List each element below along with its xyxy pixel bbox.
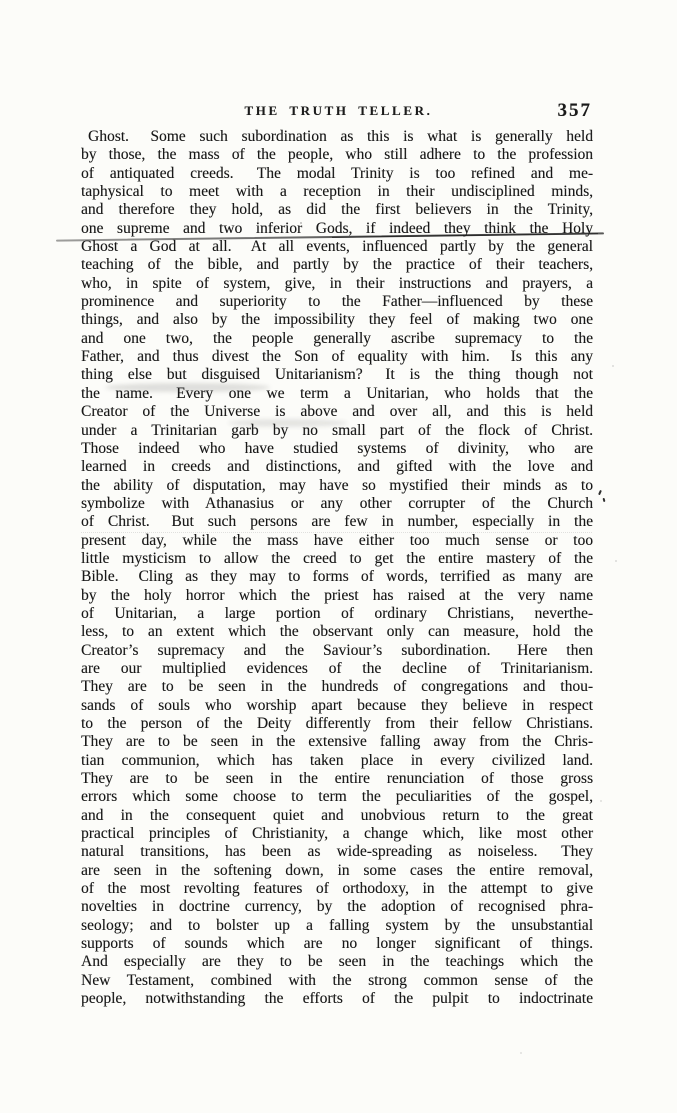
text-line: novelties in doctrine currency, by the a…: [81, 898, 593, 916]
text-line: prominence and superiority to the Father…: [81, 293, 593, 311]
text-line: Father, and thus divest the Son of equal…: [81, 348, 593, 366]
body-text: Ghost. Some such subordination as this i…: [81, 128, 593, 1009]
text-line: who, in spite of system, give, in their …: [81, 275, 593, 293]
text-line: by those, the mass of the people, who st…: [81, 146, 593, 164]
text-line: are seen in the softening down, in some …: [81, 862, 593, 880]
margin-ink-tick: [603, 498, 606, 502]
text-line: of the most revolting features of orthod…: [81, 880, 593, 898]
text-line: symbolize with Athanasius or any other c…: [81, 495, 593, 513]
text-line: Ghost a God at all. At all events, influ…: [81, 238, 593, 256]
page-number: 357: [558, 100, 593, 122]
text-line: Those indeed who have studied systems of…: [81, 440, 593, 458]
text-line: of Christ. But such persons are few in n…: [81, 513, 593, 531]
text-line: Creator’s supremacy and the Saviour’s su…: [81, 642, 593, 660]
text-line: New Testament, combined with the strong …: [81, 972, 593, 990]
running-header: THE TRUTH TELLER. 357: [0, 100, 677, 122]
text-line: Ghost. Some such subordination as this i…: [81, 128, 593, 146]
text-line: practical principles of Christianity, a …: [81, 825, 593, 843]
scan-speck: [600, 800, 602, 802]
text-line: and therefore they hold, as did the firs…: [81, 201, 593, 219]
text-line: are our multiplied evidences of the decl…: [81, 660, 593, 678]
text-line: people, notwithstanding the efforts of t…: [81, 990, 593, 1008]
scan-speck: [615, 560, 617, 562]
scan-speck: [238, 151, 240, 153]
margin-ink-tick: [598, 490, 601, 495]
text-line: teaching of the bible, and partly by the…: [81, 256, 593, 274]
faint-pencil-dots: [81, 532, 592, 533]
text-line: learned in creeds and distinctions, and …: [81, 458, 593, 476]
text-line: supports of sounds which are no longer s…: [81, 935, 593, 953]
text-line: and in the consequent quiet and unobviou…: [81, 807, 593, 825]
scan-speck: [612, 365, 614, 367]
text-line: little mysticism to allow the creed to g…: [81, 550, 593, 568]
scan-speck: [520, 1052, 522, 1054]
scanned-book-page: THE TRUTH TELLER. 357 Ghost. Some such s…: [0, 0, 677, 1113]
text-line: of antiquated creeds. The modal Trinity …: [81, 165, 593, 183]
text-line: taphysical to meet with a reception in t…: [81, 183, 593, 201]
text-line: And especially are they to be seen in th…: [81, 953, 593, 971]
text-line: seology; and to bolster up a falling sys…: [81, 917, 593, 935]
text-line: sands of souls who worship apart because…: [81, 697, 593, 715]
text-line: Bible. Cling as they may to forms of wor…: [81, 568, 593, 586]
text-line: of Unitarian, a large portion of ordinar…: [81, 605, 593, 623]
text-line: by the holy horror which the priest has …: [81, 587, 593, 605]
text-line: They are to be seen in the extensive fal…: [81, 733, 593, 751]
text-line: natural transitions, has been as wide-sp…: [81, 843, 593, 861]
text-line: thing else but disguised Unitarianism? I…: [81, 366, 593, 384]
text-line: errors which some choose to term the pec…: [81, 788, 593, 806]
ink-smudge: [228, 419, 348, 427]
text-line: the ability of disputation, may have so …: [81, 477, 593, 495]
text-line: They are to be seen in the hundreds of c…: [81, 678, 593, 696]
text-line: tian communion, which has taken place in…: [81, 752, 593, 770]
ink-smudge: [105, 383, 270, 392]
text-line: present day, while the mass have either …: [81, 532, 593, 550]
text-line: things, and also by the impossibility th…: [81, 311, 593, 329]
text-line: Creator of the Universe is above and ove…: [81, 403, 593, 421]
text-line: They are to be seen in the entire renunc…: [81, 770, 593, 788]
scan-speck: [300, 222, 302, 224]
text-line: less, to an extent which the observant o…: [81, 623, 593, 641]
text-line: and one two, the people generally ascrib…: [81, 330, 593, 348]
text-line: to the person of the Deity differently f…: [81, 715, 593, 733]
